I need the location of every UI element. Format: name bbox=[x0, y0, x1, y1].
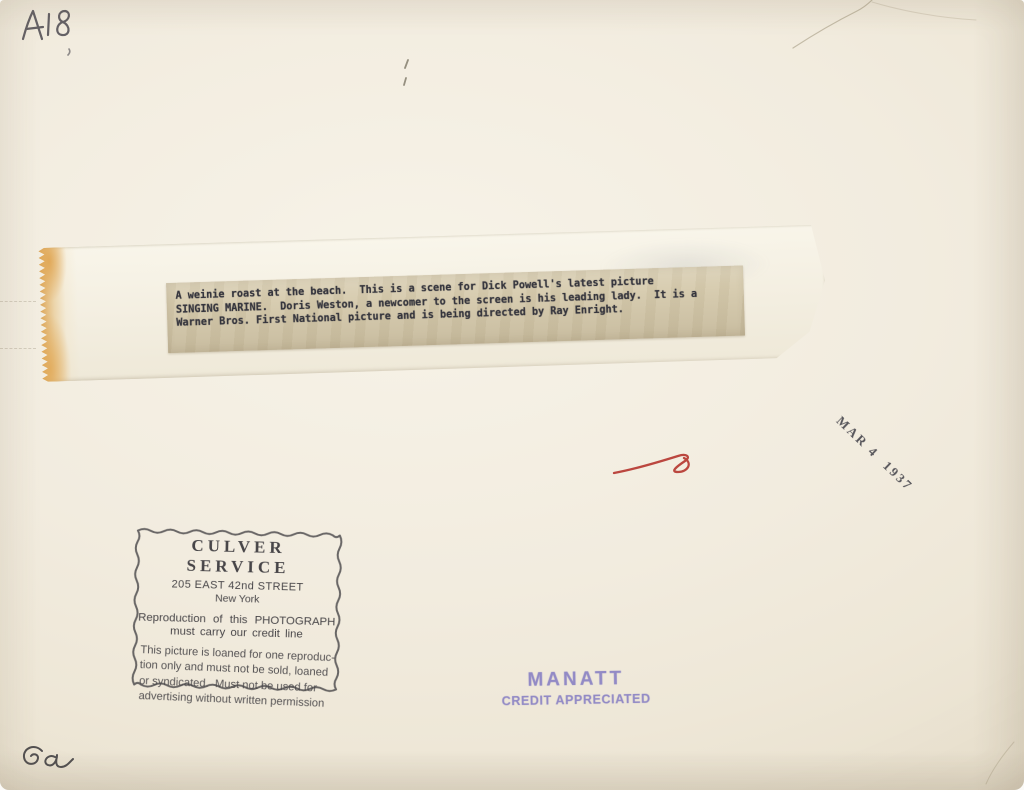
manatt-stamp: MANATT CREDIT APPRECIATED bbox=[497, 668, 656, 709]
stamp-terms: This picture is loaned for one reproduc-… bbox=[126, 642, 344, 713]
photo-verso-scan: A weinie roast at the beach. This is a s… bbox=[0, 0, 1024, 790]
tape-strip: A weinie roast at the beach. This is a s… bbox=[38, 224, 828, 382]
pressure-line bbox=[0, 348, 36, 349]
pressure-line bbox=[0, 301, 36, 302]
manatt-stamp-tagline: CREDIT APPRECIATED bbox=[497, 692, 655, 709]
tape-adhesive-stain bbox=[38, 247, 80, 382]
archive-code-handwriting bbox=[20, 8, 82, 58]
red-grease-pencil-mark bbox=[606, 442, 706, 484]
stamp-agency-name: CULVER SERVICE bbox=[130, 534, 347, 579]
culver-credit-stamp: CULVER SERVICE 205 EAST 42nd STREET New … bbox=[127, 523, 347, 696]
cataloger-initials-handwriting bbox=[20, 744, 84, 782]
manatt-stamp-name: MANATT bbox=[497, 668, 655, 693]
pencil-tick-marks bbox=[400, 58, 414, 90]
